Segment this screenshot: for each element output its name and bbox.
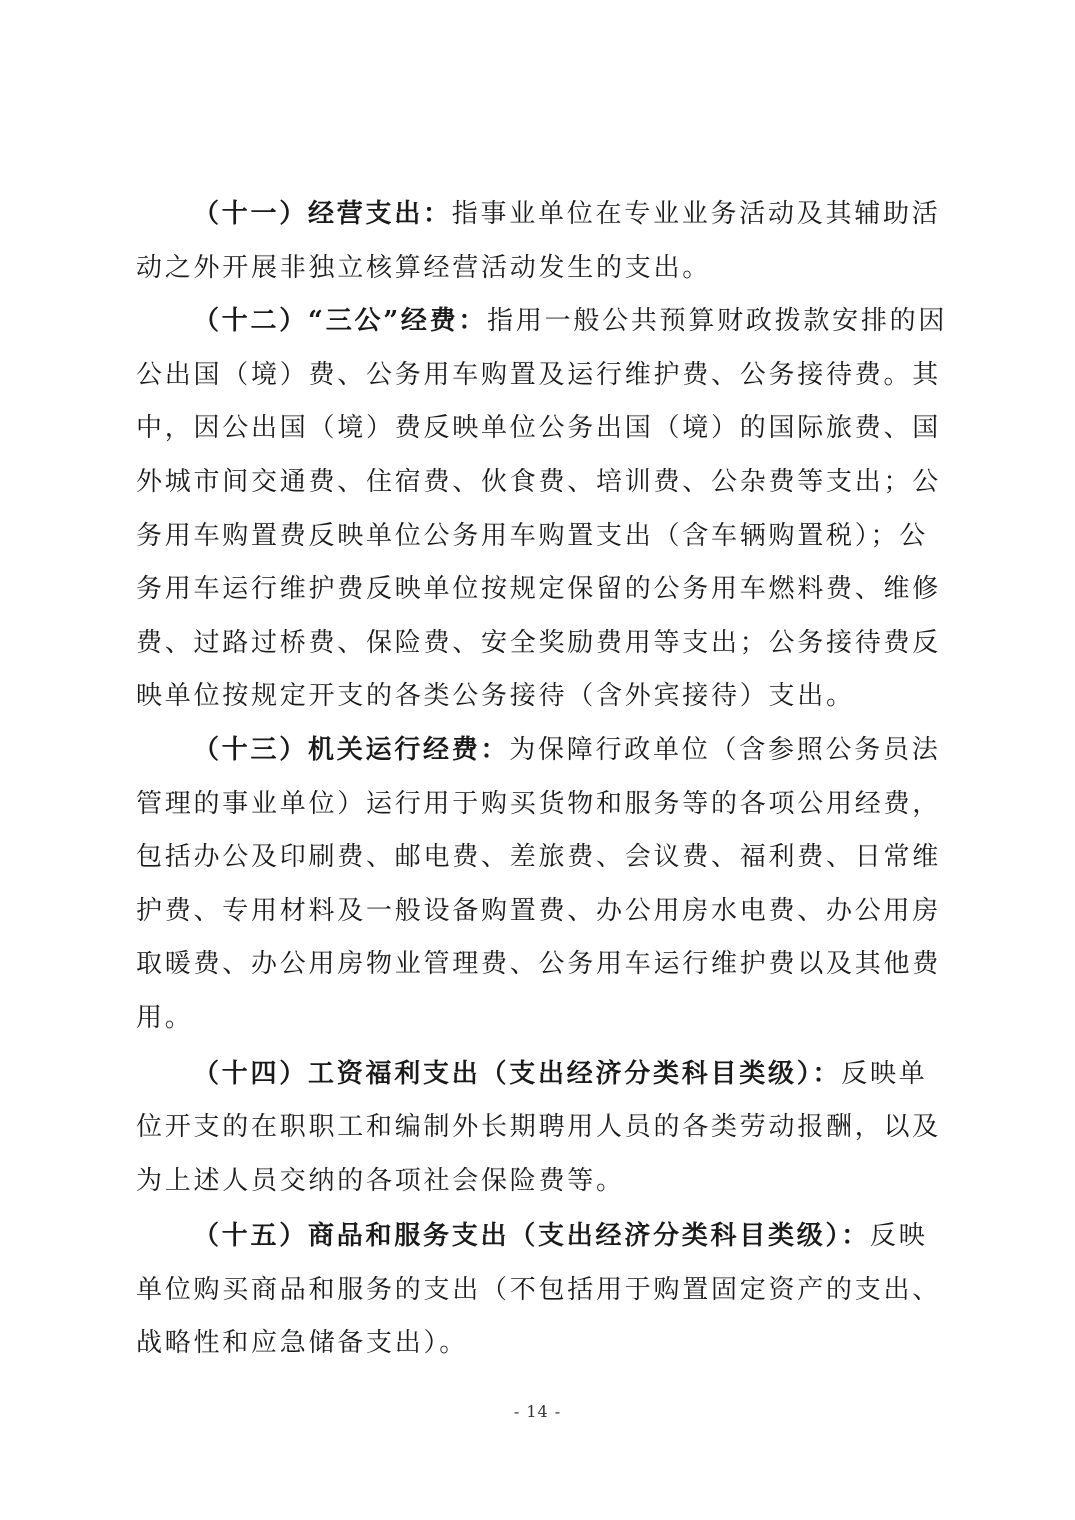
paragraph-13-line-2: 管理的事业单位）运行用于购买货物和服务等的各项公用经费， bbox=[136, 778, 942, 832]
paragraph-12-line-6: 务用车运行维护费反映单位按规定保留的公务用车燃料费、维修 bbox=[136, 563, 942, 617]
paragraph-12-line-4: 外城市间交通费、住宿费、伙食费、培训费、公杂费等支出；公 bbox=[136, 456, 942, 510]
paragraph-13-line-6: 用。 bbox=[136, 992, 942, 1046]
document-page: （十一）经营支出：指事业单位在专业业务活动及其辅助活 动之外开展非独立核算经营活… bbox=[0, 0, 1075, 1520]
paragraph-15-line-1: （十五）商品和服务支出（支出经济分类科目类级）：反映 bbox=[136, 1210, 942, 1264]
paragraph-14-text: 反映单 bbox=[841, 1059, 927, 1089]
paragraph-13-line-1: （十三）机关运行经费：为保障行政单位（含参照公务员法 bbox=[136, 724, 942, 778]
paragraph-13-line-4: 护费、专用材料及一般设备购置费、办公用房水电费、办公用房 bbox=[136, 885, 942, 939]
paragraph-14-line-2: 位开支的在职职工和编制外长期聘用人员的各类劳动报酬，以及 bbox=[136, 1101, 942, 1155]
paragraph-15-text: 反映 bbox=[870, 1221, 928, 1251]
paragraph-14-heading: （十四）工资福利支出（支出经济分类科目类级）： bbox=[193, 1059, 841, 1089]
paragraph-14-line-1: （十四）工资福利支出（支出经济分类科目类级）：反映单 bbox=[136, 1048, 942, 1102]
paragraph-11-line-1: （十一）经营支出：指事业单位在专业业务活动及其辅助活 bbox=[136, 188, 942, 242]
paragraph-15-heading: （十五）商品和服务支出（支出经济分类科目类级）： bbox=[193, 1221, 870, 1251]
paragraph-12-heading: （十二）“三公”经费： bbox=[193, 306, 487, 336]
paragraph-14-line-3: 为上述人员交纳的各项社会保险费等。 bbox=[136, 1155, 942, 1209]
paragraph-12-line-3: 中，因公出国（境）费反映单位公务出国（境）的国际旅费、国 bbox=[136, 402, 942, 456]
paragraph-11-text: 指事业单位在专业业务活动及其辅助活 bbox=[452, 199, 941, 229]
paragraph-12-line-5: 务用车购置费反映单位公务用车购置支出（含车辆购置税）；公 bbox=[136, 510, 942, 564]
paragraph-11-line-2: 动之外开展非独立核算经营活动发生的支出。 bbox=[136, 242, 942, 296]
paragraph-12-line-8: 映单位按规定开支的各类公务接待（含外宾接待）支出。 bbox=[136, 670, 942, 724]
paragraph-12-line-7: 费、过路过桥费、保险费、安全奖励费用等支出；公务接待费反 bbox=[136, 617, 942, 671]
paragraph-15-line-3: 战略性和应急储备支出）。 bbox=[136, 1317, 942, 1371]
paragraph-13-text: 为保障行政单位（含参照公务员法 bbox=[509, 735, 940, 765]
paragraph-15-line-2: 单位购买商品和服务的支出（不包括用于购置固定资产的支出、 bbox=[136, 1264, 942, 1318]
paragraph-13-line-3: 包括办公及印刷费、邮电费、差旅费、会议费、福利费、日常维 bbox=[136, 831, 942, 885]
paragraph-11-heading: （十一）经营支出： bbox=[193, 199, 452, 229]
paragraph-13-heading: （十三）机关运行经费： bbox=[193, 735, 509, 765]
paragraph-12-line-1: （十二）“三公”经费：指用一般公共预算财政拨款安排的因 bbox=[136, 295, 942, 349]
paragraph-12-line-2: 公出国（境）费、公务用车购置及运行维护费、公务接待费。其 bbox=[136, 349, 942, 403]
paragraph-12-text: 指用一般公共预算财政拨款安排的因 bbox=[487, 306, 947, 336]
paragraph-13-line-5: 取暖费、办公用房物业管理费、公务用车运行维护费以及其他费 bbox=[136, 938, 942, 992]
page-number: - 14 - bbox=[0, 1402, 1075, 1421]
document-body: （十一）经营支出：指事业单位在专业业务活动及其辅助活 动之外开展非独立核算经营活… bbox=[136, 188, 942, 1371]
